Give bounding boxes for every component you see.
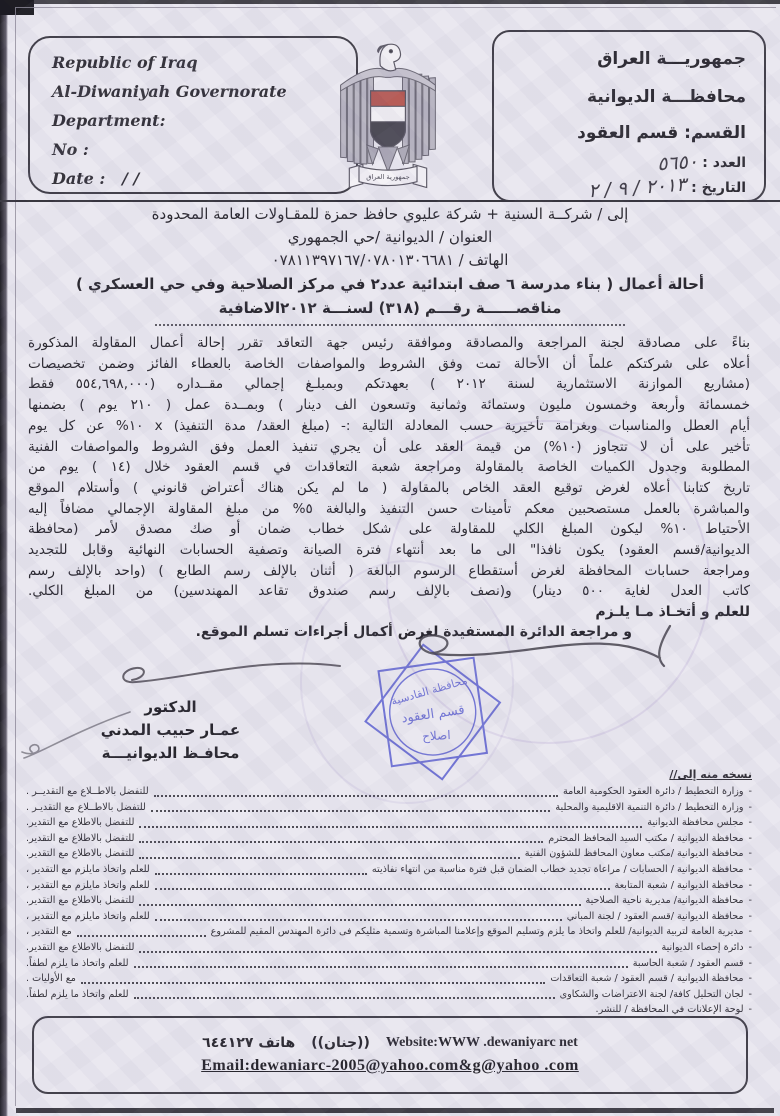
cc-action: للتفضل بالاطلاع مع التقدير. (26, 846, 134, 862)
cc-dot-leader (139, 841, 543, 843)
cc-list: - وزارة التخطيط / دائرة العقود الحكومية … (26, 784, 752, 1018)
footer-phone: هاتف ٦٤٤١٢٧ (202, 1035, 295, 1051)
cc-bullet: - (749, 940, 752, 956)
subject-line-1: أحالة أعمال ( بناء مدرسة ٦ صف ابتدائية ع… (0, 272, 780, 296)
footer-email: Email:dewaniarc-2005@yahoo.com&g@yahoo .… (201, 1057, 579, 1075)
cc-bullet: - (749, 1002, 752, 1018)
letterhead-arabic-box: جمهوريـــة العراق محافظـــة الديوانية ال… (492, 30, 766, 202)
cc-bullet: - (749, 987, 752, 1003)
ref-date-line: التاريخ : ٢٠١٣ / ٩ / ٢ (512, 175, 746, 200)
date-label-en: Date : / / (52, 164, 334, 193)
cc-row: - مديرية العامة لتربية الديوانية/ للعلم … (26, 924, 752, 940)
cc-action: للعلم واتخاذ مايلزم مع التقدير ، (26, 878, 150, 894)
governorate-en: Al-Diwaniyah Governorate (52, 77, 334, 106)
signer-title: الدكتور (58, 696, 283, 719)
official-stamp: محافظة القادسية قسم العقود اصلاح (354, 633, 513, 795)
cc-destination: مجلس محافظة الديوانية (647, 815, 743, 831)
letterhead-english-box: Republic of Iraq Al-Diwaniyah Governorat… (28, 36, 358, 194)
cc-bullet: - (749, 831, 752, 847)
cc-destination: قسم العقود / شعبة الحاسبة (633, 956, 744, 972)
cc-destination: وزارة التخطيط / دائرة التنمية الاقليمية … (555, 800, 743, 816)
cc-dot-leader (151, 810, 551, 812)
cc-destination: محافظة الديوانية /مكتب معاون المحافظ للش… (525, 846, 744, 862)
ref-number-label: العدد : (702, 155, 746, 171)
country-en: Republic of Iraq (52, 48, 334, 77)
cc-row: - محافظة الديوانية/ مديرية ناحية الصلاحي… (26, 893, 752, 909)
cc-bullet: - (749, 909, 752, 925)
cc-bullet: - (749, 878, 752, 894)
cc-destination: محافظة الديوانية / قسم العقود / شعبة الت… (550, 971, 743, 987)
cc-dot-leader (155, 888, 610, 890)
cc-destination: محافظة الديوانية / الحسابات / مراعاة تجد… (372, 862, 744, 878)
cc-dot-leader (155, 873, 367, 875)
cc-dot-leader (134, 966, 628, 968)
cc-dot-leader (155, 919, 562, 921)
cc-dot-leader (139, 826, 642, 828)
cc-action: للتفضل بالاطلاع مع التقدير. (26, 893, 134, 909)
footer-line-1: هاتف ٦٤٤١٢٧ ((جنان)) Website:WWW .dewani… (202, 1035, 578, 1051)
cc-row: - مجلس محافظة الديوانية للتفضل بالاطلاع … (26, 815, 752, 831)
recipient-block: إلى / شركــة السنية + شركة عليوي حافظ حم… (0, 203, 780, 326)
governorate-ar: محافظـــة الديوانية (512, 78, 746, 116)
cc-bullet: - (749, 924, 752, 940)
cc-bullet: - (749, 971, 752, 987)
cc-dot-leader (154, 795, 558, 797)
cc-dot-leader (139, 857, 519, 859)
cc-bullet: - (749, 956, 752, 972)
recipient-to: إلى / شركــة السنية + شركة عليوي حافظ حم… (0, 203, 780, 226)
subject-line-2: مناقصــــــة رقـــم (٣١٨) لسنـــة ٢٠١٢ال… (0, 296, 780, 320)
cc-destination: محافظة الديوانية / شعبة المتابعة (615, 878, 744, 894)
cc-action: للعلم واتخاذ ما يلزم لطفاً. (26, 956, 129, 972)
ref-number-value: ٥٦٥٠ (656, 151, 698, 177)
signer-name: عمـار حبيب المدني (58, 719, 283, 742)
cc-destination: محافظة الديوانية/ مديرية ناحية الصلاحية (586, 893, 744, 909)
footer-contact-box: هاتف ٦٤٤١٢٧ ((جنان)) Website:WWW .dewani… (32, 1016, 748, 1094)
cc-row: - محافظة الديوانية / شعبة المتابعة للعلم… (26, 878, 752, 894)
header-divider (0, 200, 780, 202)
cc-row: - دائرة إحصاء الديوانية للتفضل بالاطلاع … (26, 940, 752, 956)
department-label-en: Department: (52, 106, 334, 135)
page-frame-left (15, 8, 16, 1106)
cc-row: - محافظة الديوانية / قسم العقود / شعبة ا… (26, 971, 752, 987)
body-line: أعلاه على شركتكم علماً أن الأحالة تمت وف… (28, 354, 750, 375)
country-ar: جمهوريـــة العراق (512, 40, 746, 78)
signer-role: محافـظ الديوانيـــة (58, 742, 283, 765)
no-label-en: No : (52, 135, 334, 164)
cc-destination: وزارة التخطيط / دائرة العقود الحكومية ال… (563, 784, 744, 800)
cc-action: للعلم واتخاذ ما يلزم لطفاً. (26, 987, 129, 1003)
cc-bullet: - (749, 784, 752, 800)
cc-bullet: - (749, 846, 752, 862)
cc-destination: محافظة الديوانية / مكتب السيد المحافظ ال… (548, 831, 743, 847)
body-line: أيام العطل والمناسبات وبغرامة تأخيرية حس… (28, 416, 750, 437)
subject-divider (155, 323, 625, 326)
ref-date-label: التاريخ : (691, 180, 746, 196)
cc-action: مع التقدير ، (26, 924, 72, 940)
cc-action: للتفضل بالاطــلاع مع التقديـر . (26, 800, 146, 816)
cc-bullet: - (749, 862, 752, 878)
cc-action: للعلم واتخاذ مايلزم مع التقدير ، (26, 862, 150, 878)
cc-row: - محافظة الديوانية / مكتب السيد المحافظ … (26, 831, 752, 847)
footer-website: Website:WWW .dewaniyarc net (386, 1035, 578, 1051)
scan-edge-left (0, 0, 8, 1116)
ref-date-value: ٢٠١٣ / ٩ / ٢ (587, 174, 687, 204)
cc-action: للتفضل بالاطلاع مع التقدير. (26, 815, 134, 831)
cc-dot-leader (139, 904, 580, 906)
body-line: بناءً على مصادقة لجنة المراجعة والمصادقة… (28, 333, 750, 354)
footer-jinan: ((جنان)) (311, 1035, 370, 1051)
cc-action: للتفضل بالاطلاع مع التقدير. (26, 940, 134, 956)
cc-row: - قسم العقود / شعبة الحاسبة للعلم واتخاذ… (26, 956, 752, 972)
page-frame-top (15, 7, 776, 8)
cc-row: - لجان التحليل كافة/ لجنة الاعتراضات وال… (26, 987, 752, 1003)
cc-dot-leader (139, 951, 656, 953)
cc-row: - محافظة الديوانية /مكتب معاون المحافظ ل… (26, 846, 752, 862)
cc-destination: لجان التحليل كافة/ لجنة الاعتراضات والشك… (560, 987, 744, 1003)
cc-dot-leader (77, 935, 206, 937)
cc-action: للتفضل بالاطــلاع مع التقديــر . (26, 784, 149, 800)
cc-dot-leader (81, 982, 545, 984)
department-ar: القسم: قسم العقود (512, 116, 746, 150)
cc-destination: محافظة الديوانية /قسم العقود / لجنة المب… (567, 909, 744, 925)
cc-destination: مديرية العامة لتربية الديوانية/ للعلم وا… (211, 924, 744, 940)
stamp-department: قسم العقود (401, 703, 466, 727)
cc-bullet: - (749, 893, 752, 909)
emblem-banner-text: جمهورية العراق (366, 173, 410, 181)
stamp-word: اصلاح (422, 728, 451, 743)
cc-action: للعلم واتخاذ مايلزم مع التقدير ، (26, 909, 150, 925)
cc-section: نسخه منه إلى// - وزارة التخطيط / دائرة ا… (26, 768, 752, 1018)
recipient-phone: الهاتف / ٠٧٨١١٣٩٧١٦٧/٠٧٨٠١٣٠٦٦٨١ (0, 249, 780, 272)
cc-action: للتفضل بالاطلاع مع التقدير. (26, 831, 134, 847)
iraq-eagle-emblem: جمهورية العراق (330, 40, 446, 196)
signature-block: الدكتور عمـار حبيب المدني محافـظ الديوان… (58, 696, 283, 765)
cc-dot-leader (134, 997, 555, 999)
cc-row: - محافظة الديوانية /قسم العقود / لجنة ال… (26, 909, 752, 925)
scan-edge-top (0, 0, 780, 4)
cc-row: - محافظة الديوانية / الحسابات / مراعاة ت… (26, 862, 752, 878)
ref-number-line: العدد : ٥٦٥٠ (512, 150, 746, 175)
body-line: خمسمائة وأربعة وخمسون مليون وستمائة وثما… (28, 395, 750, 416)
cc-bullet: - (749, 800, 752, 816)
recipient-address: العنوان / الديوانية /حي الجمهوري (0, 226, 780, 249)
cc-bullet: - (749, 815, 752, 831)
body-line: (مشاريع الموازنة الاستثمارية لسنة ٢٠١٢ )… (28, 374, 750, 395)
cc-action: مع الأوليات . (26, 971, 76, 987)
scan-edge-bottom (16, 1108, 774, 1113)
scanned-official-letter: Republic of Iraq Al-Diwaniyah Governorat… (0, 0, 780, 1116)
cc-destination: دائرة إحصاء الديوانية (662, 940, 744, 956)
